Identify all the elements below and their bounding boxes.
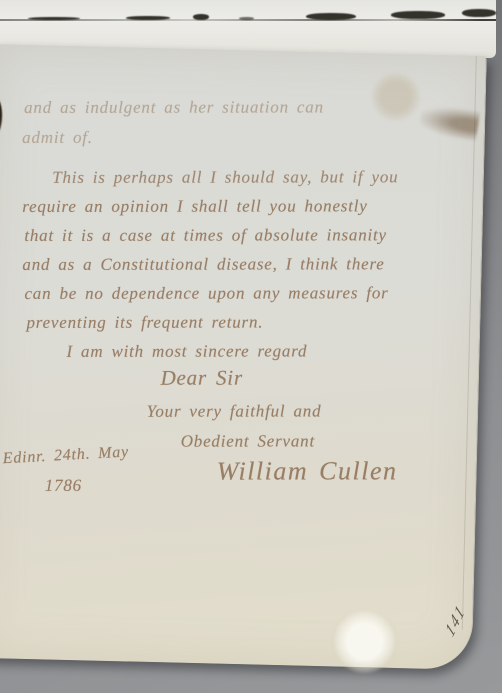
- letter-line: and as a Constitutional disease, I think…: [22, 252, 384, 277]
- letter-page: and as indulgent as her situation can ad…: [0, 44, 487, 670]
- letter-text: and as indulgent as her situation can ad…: [0, 43, 487, 658]
- manuscript-scan: and as indulgent as her situation can ad…: [0, 0, 502, 693]
- letter-line: require an opinion I shall tell you hone…: [22, 194, 367, 219]
- closing-line: I am with most sincere regard: [67, 339, 308, 363]
- ink-smudge: [306, 13, 356, 20]
- letter-line: that it is a case at times of absolute i…: [24, 223, 387, 248]
- ink-smudge: [239, 17, 254, 20]
- letter-line: This is perhaps all I should say, but if…: [52, 165, 398, 190]
- ink-smudge: [28, 17, 80, 20]
- folio-number: 141: [441, 598, 471, 644]
- letter-line-fragment: and as indulgent as her situation can: [24, 95, 324, 120]
- salutation: Dear Sir: [161, 366, 243, 390]
- ink-smudge: [462, 9, 496, 17]
- valediction-line: Obedient Servant: [181, 429, 315, 453]
- ink-smudge: [193, 14, 209, 20]
- signature: William Cullen: [217, 459, 398, 483]
- letter-line: preventing its frequent return.: [26, 311, 263, 335]
- valediction-line: Your very faithful and: [147, 399, 322, 423]
- letter-line: can be no dependence upon any measures f…: [24, 281, 388, 306]
- ink-smudge: [391, 11, 445, 19]
- place-date-line: Edinr. 24th. May: [2, 440, 129, 471]
- letter-line-fragment: admit of.: [22, 126, 93, 150]
- ink-smudge: [126, 16, 170, 20]
- place-date-line: 1786: [45, 474, 82, 498]
